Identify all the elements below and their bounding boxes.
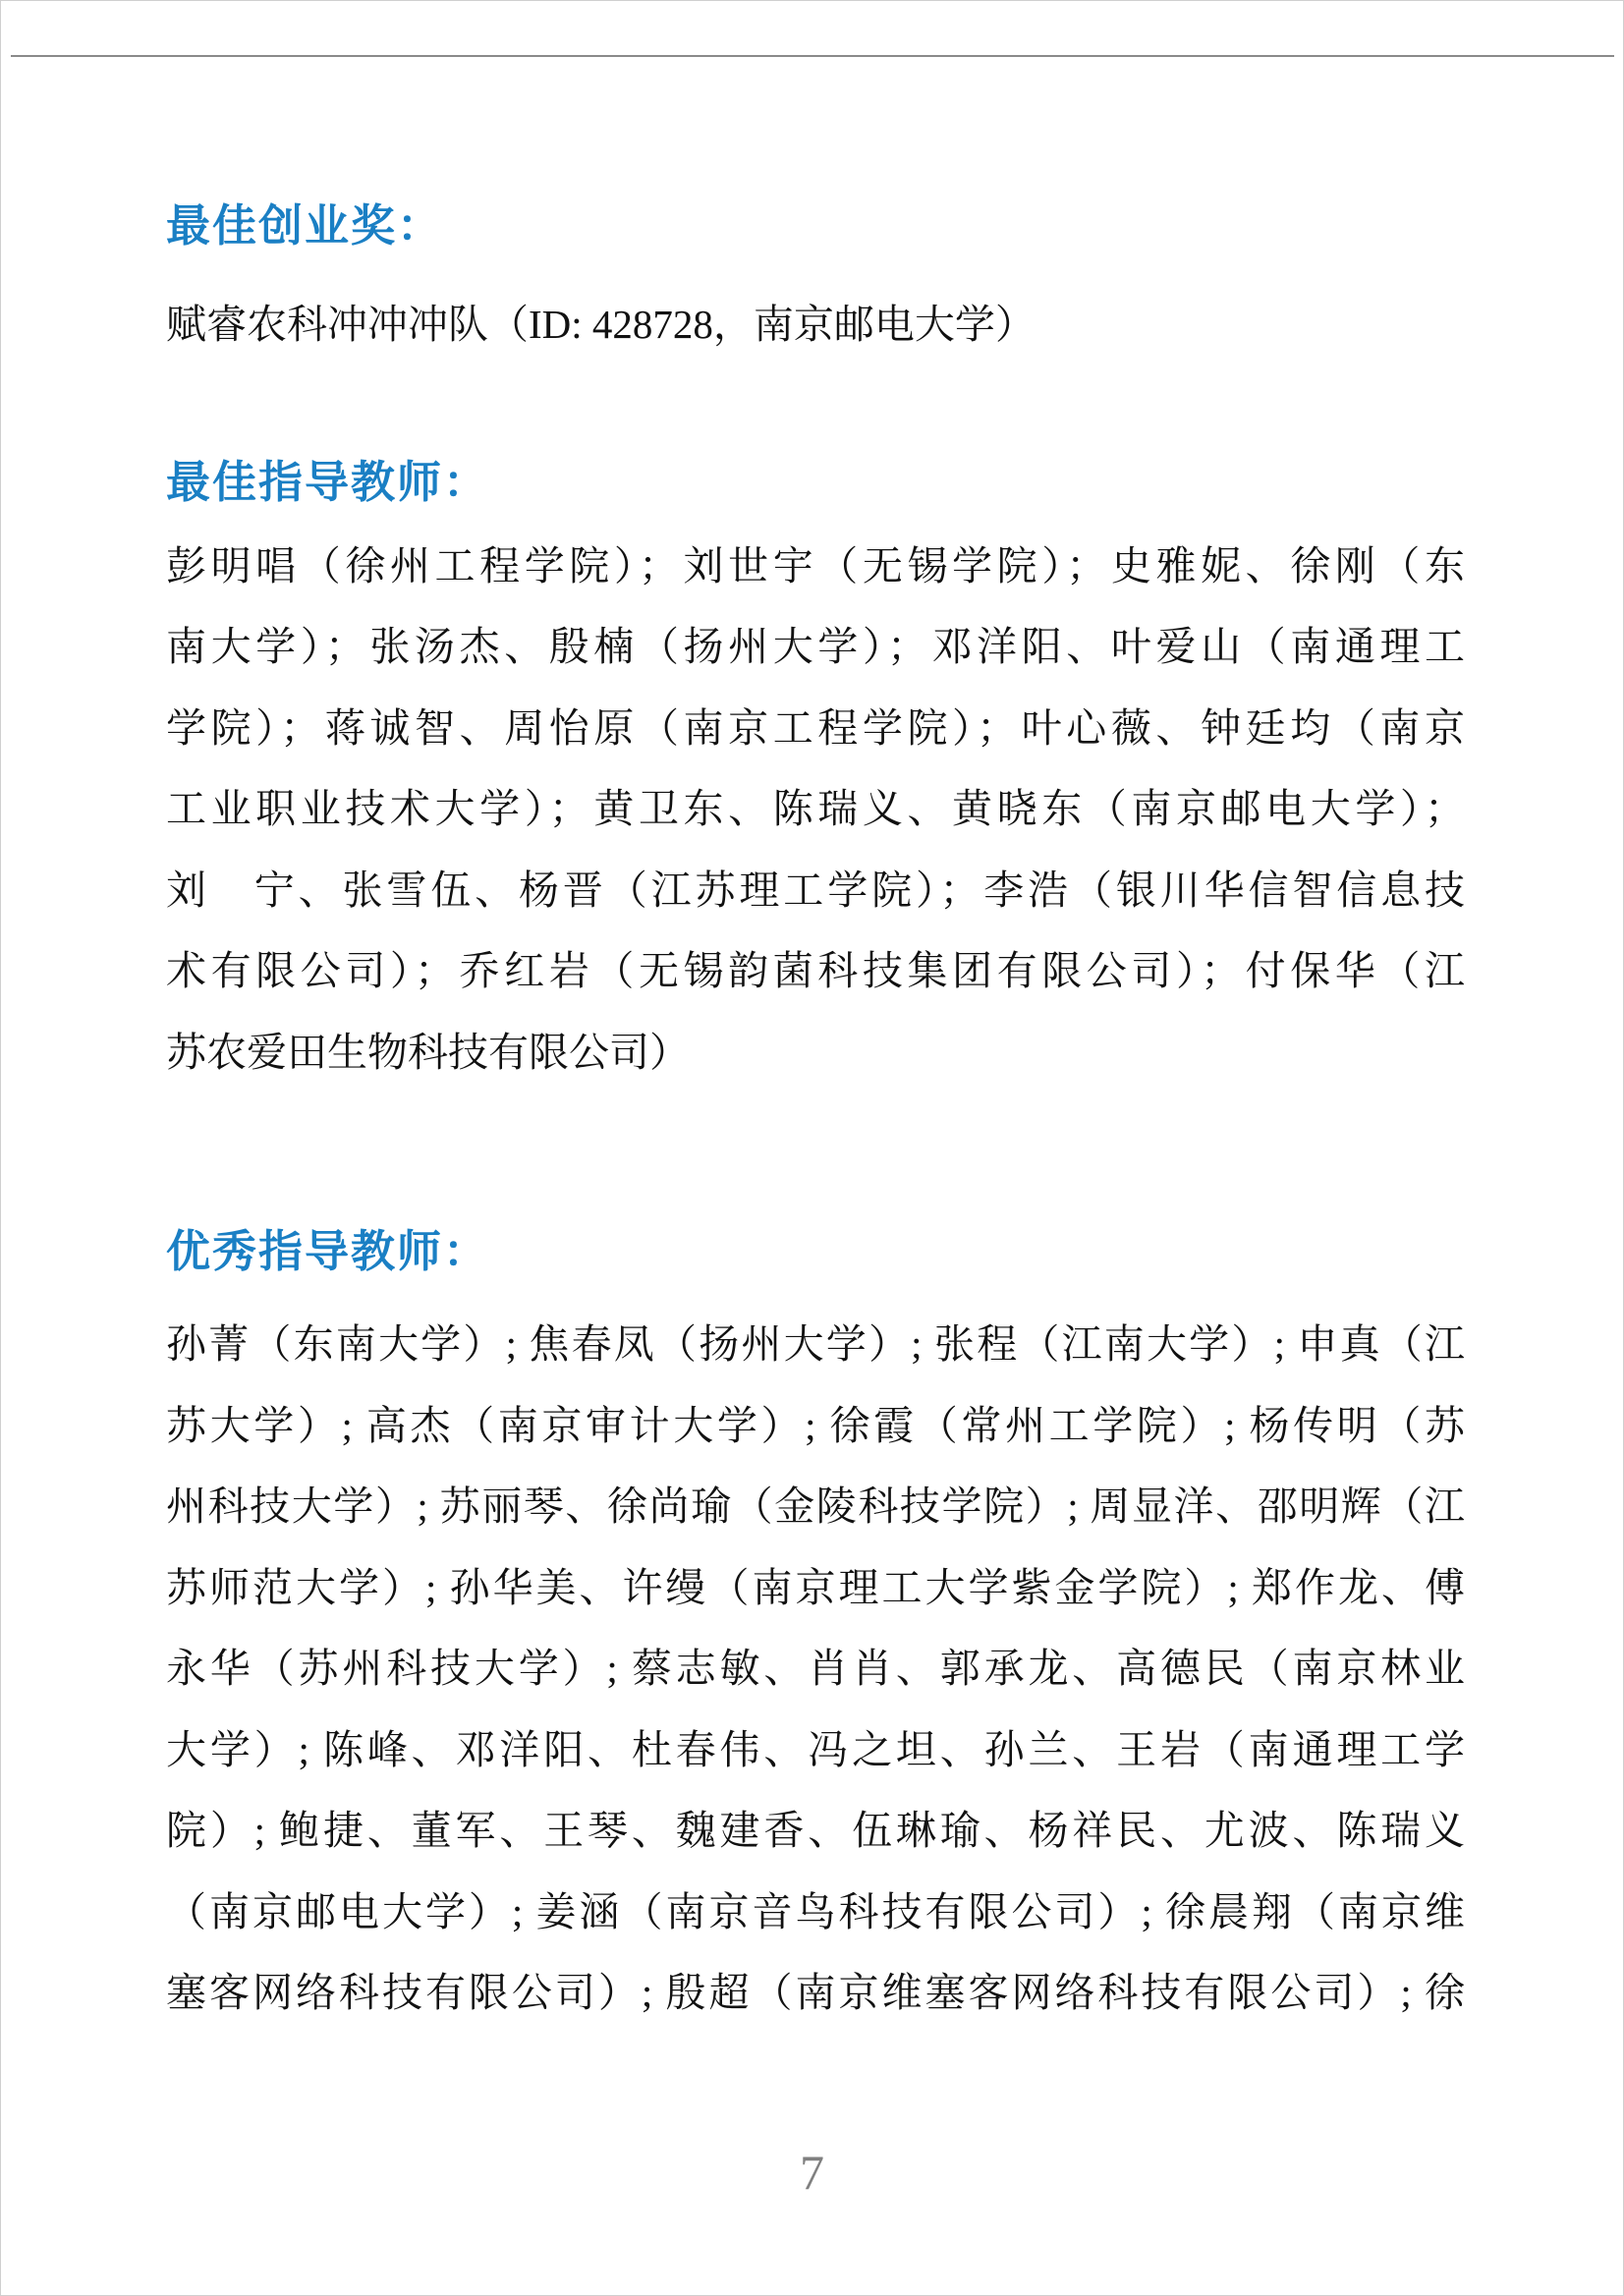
text-line: 彭明唱（徐州工程学院）；刘世宇（无锡学院）；史雅妮、徐刚（东 — [166, 526, 1465, 607]
section-paragraph: 孙菁（东南大学）; 焦春凤（扬州大学）; 张程（江南大学）; 申真（江苏大学）;… — [166, 1304, 1465, 2034]
text-line: 大学）; 陈峰、邓洋阳、杜春伟、冯之坦、孙兰、王岩（南通理工学 — [166, 1709, 1465, 1791]
text-line: 院）; 鲍捷、董军、王琴、魏建香、伍琳瑜、杨祥民、尤波、陈瑞义 — [166, 1790, 1465, 1872]
page-number: 7 — [1, 2143, 1623, 2202]
text-line: 永华（苏州科技大学）; 蔡志敏、肖肖、郭承龙、高德民（南京林业 — [166, 1628, 1465, 1709]
document-content: 最佳创业奖：赋睿农科冲冲冲队（ID: 428728，南京邮电大学）最佳指导教师：… — [166, 1, 1465, 2034]
award-section: 优秀指导教师：孙菁（东南大学）; 焦春凤（扬州大学）; 张程（江南大学）; 申真… — [166, 1223, 1465, 2034]
award-section: 最佳创业奖：赋睿农科冲冲冲队（ID: 428728，南京邮电大学） — [166, 197, 1465, 365]
text-line: 苏师范大学）; 孙华美、许缦（南京理工大学紫金学院）; 郑作龙、傅 — [166, 1547, 1465, 1629]
section-paragraph: 彭明唱（徐州工程学院）；刘世宇（无锡学院）；史雅妮、徐刚（东南大学）；张汤杰、殷… — [166, 526, 1465, 1093]
text-line: 术有限公司）；乔红岩（无锡韵菌科技集团有限公司）；付保华（江 — [166, 930, 1465, 1012]
section-heading: 最佳创业奖： — [166, 197, 1465, 254]
text-line: 刘 宁、张雪伍、杨晋（江苏理工学院）；李浩（银川华信智信息技 — [166, 850, 1465, 931]
text-line: 苏农爱田生物科技有限公司） — [166, 1012, 1465, 1093]
text-line: 南大学）；张汤杰、殷楠（扬州大学）；邓洋阳、叶爱山（南通理工 — [166, 606, 1465, 688]
text-line: 塞客网络科技有限公司）; 殷超（南京维塞客网络科技有限公司）; 徐 — [166, 1952, 1465, 2034]
text-line: 工业职业技术大学）；黄卫东、陈瑞义、黄晓东（南京邮电大学）； — [166, 768, 1465, 850]
text-line: 苏大学）; 高杰（南京审计大学）; 徐霞（常州工学院）; 杨传明（苏 — [166, 1385, 1465, 1467]
text-line: 学院）；蒋诚智、周怡原（南京工程学院）；叶心薇、钟廷均（南京 — [166, 688, 1465, 769]
section-heading: 优秀指导教师： — [166, 1223, 1465, 1280]
text-line: （南京邮电大学）; 姜涵（南京音鸟科技有限公司）; 徐晨翔（南京维 — [166, 1872, 1465, 1953]
text-line: 孙菁（东南大学）; 焦春凤（扬州大学）; 张程（江南大学）; 申真（江 — [166, 1304, 1465, 1385]
document-page: 最佳创业奖：赋睿农科冲冲冲队（ID: 428728，南京邮电大学）最佳指导教师：… — [0, 0, 1624, 2296]
text-line: 州科技大学）; 苏丽琴、徐尚瑜（金陵科技学院）; 周显洋、邵明辉（江 — [166, 1466, 1465, 1547]
section-paragraph: 赋睿农科冲冲冲队（ID: 428728，南京邮电大学） — [166, 284, 1465, 365]
section-heading: 最佳指导教师： — [166, 454, 1465, 511]
text-line: 赋睿农科冲冲冲队（ID: 428728，南京邮电大学） — [166, 284, 1465, 365]
award-section: 最佳指导教师：彭明唱（徐州工程学院）；刘世宇（无锡学院）；史雅妮、徐刚（东南大学… — [166, 454, 1465, 1093]
